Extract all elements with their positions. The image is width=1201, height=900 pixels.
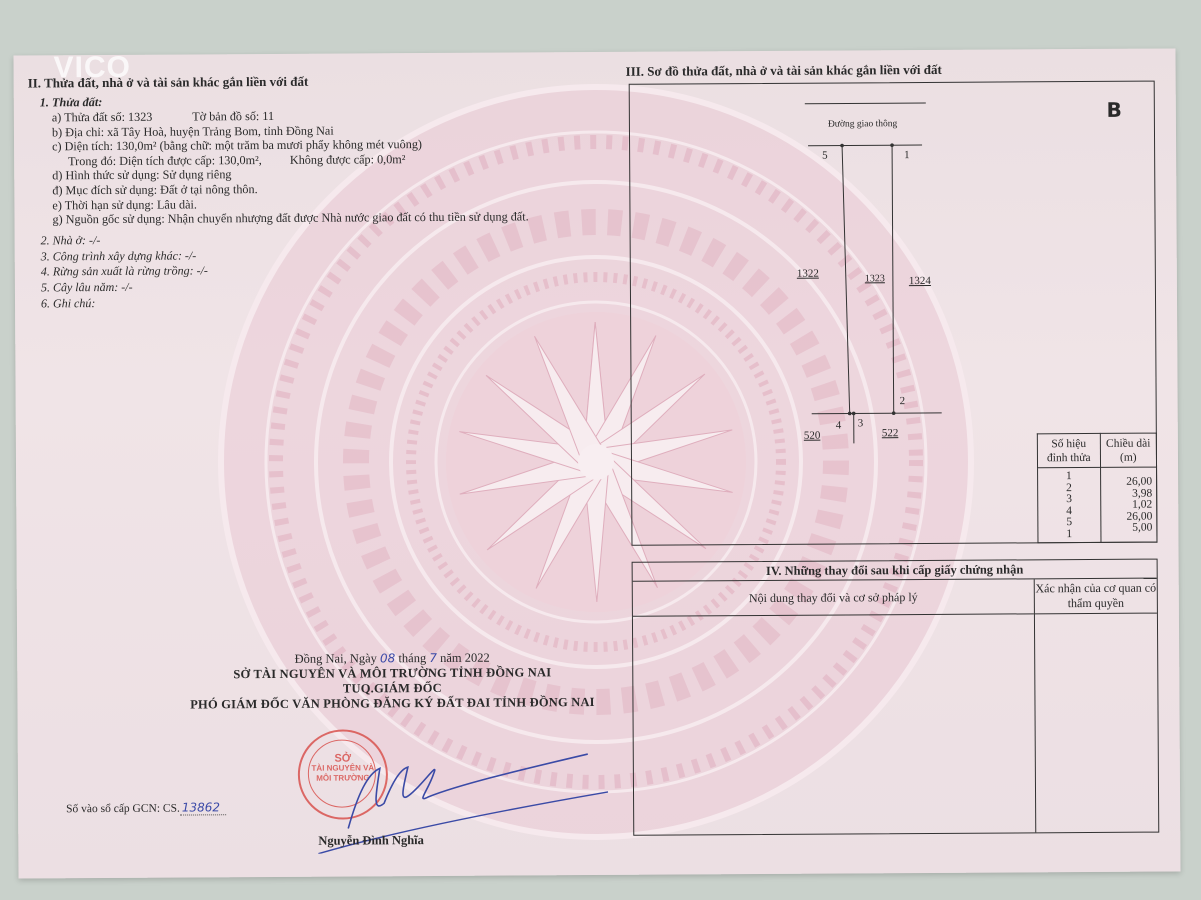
red-seal-stamp: SỞ TÀI NGUYÊN VÀ MÔI TRƯỜNG bbox=[298, 729, 389, 820]
changes-content-column: Nội dung thay đổi và cơ sở pháp lý bbox=[633, 579, 1037, 834]
parcel-label: a) Thửa đất số: bbox=[52, 110, 125, 124]
section-title-ii: II. Thửa đất, nhà ở và tài sản khác gắn … bbox=[28, 72, 608, 92]
parcel-diagram: Đường giao thông B 5 1 2 3 4 1322 1323 1… bbox=[629, 81, 1158, 546]
parcel-522: 522 bbox=[882, 427, 899, 439]
parcel-1322: 1322 bbox=[797, 268, 819, 280]
parcel-1324: 1324 bbox=[909, 275, 931, 287]
signing-day: 08 bbox=[380, 651, 395, 665]
length-list: 26,00 3,98 1,02 26,00 5,00 bbox=[1100, 467, 1157, 542]
serial-number-line: Số vào sổ cấp GCN: CS.13862 bbox=[66, 800, 226, 815]
parcel-520: 520 bbox=[804, 430, 821, 442]
col-length: Chiều dài (m) bbox=[1100, 433, 1157, 467]
area-not-granted: Không được cấp: 0,0m² bbox=[290, 152, 406, 167]
serial-number: 13862 bbox=[180, 800, 226, 815]
north-arrow-icon: B bbox=[1107, 98, 1122, 122]
parcel-number: 1323 bbox=[128, 110, 152, 124]
col-vertex-number: Số hiệu đỉnh thửa bbox=[1037, 433, 1100, 467]
signer-title: PHÓ GIÁM ĐỐC VĂN PHÒNG ĐĂNG KÝ ĐẤT ĐAI T… bbox=[167, 695, 617, 713]
vertex-5: 5 bbox=[822, 150, 828, 162]
edge-length-table: Số hiệu đỉnh thửa Chiều dài (m) 1 2 3 4 … bbox=[1037, 433, 1158, 544]
map-sheet-label: Tờ bản đồ số: bbox=[192, 109, 259, 123]
road-label: Đường giao thông bbox=[828, 119, 897, 129]
vertex-2: 2 bbox=[900, 395, 906, 407]
issuing-org: SỞ TÀI NGUYÊN VÀ MÔI TRƯỜNG TỈNH ĐỒNG NA… bbox=[167, 665, 617, 683]
area-granted: Trong đó: Diện tích được cấp: 130,0m², bbox=[68, 153, 262, 168]
parcel-1323: 1323 bbox=[865, 273, 885, 284]
vertex-3: 3 bbox=[858, 417, 864, 429]
signing-month: 7 bbox=[429, 651, 437, 665]
col-authority-confirmation: Xác nhận của cơ quan có thẩm quyền bbox=[1035, 579, 1157, 615]
vertex-list: 1 2 3 4 5 1 bbox=[1038, 467, 1101, 542]
vertex-1: 1 bbox=[904, 149, 910, 161]
changes-table: IV. Những thay đổi sau khi cấp giấy chứn… bbox=[632, 559, 1160, 836]
signer-name: Nguyễn Đình Nghĩa bbox=[318, 833, 424, 849]
section-land-info: II. Thửa đất, nhà ở và tài sản khác gắn … bbox=[28, 72, 609, 312]
section-title-iii: III. Sơ đồ thửa đất, nhà ở và tài sản kh… bbox=[626, 61, 1166, 80]
map-sheet-number: 11 bbox=[262, 109, 274, 123]
certificate-sheet: VICO II. Thửa đất, nhà ở và tài sản khác… bbox=[13, 48, 1180, 878]
serial-label: Số vào sổ cấp GCN: CS. bbox=[66, 803, 180, 816]
vertex-4: 4 bbox=[836, 420, 842, 432]
signing-block: Đồng Nai, Ngày 08 tháng 7 năm 2022 SỞ TÀ… bbox=[167, 650, 617, 713]
changes-confirmation-column: Xác nhận của cơ quan có thẩm quyền bbox=[1035, 579, 1159, 833]
col-change-content: Nội dung thay đổi và cơ sở pháp lý bbox=[633, 579, 1034, 616]
